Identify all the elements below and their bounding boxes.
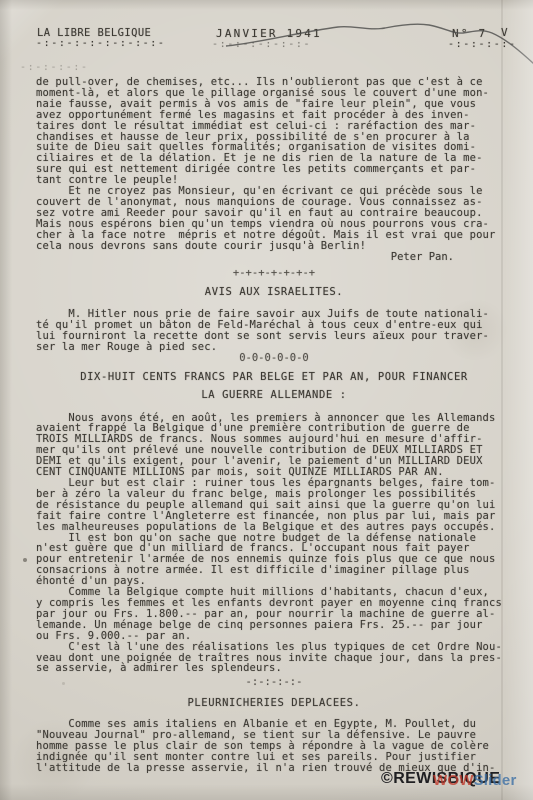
article-avis-body: M. Hitler nous prie de faire savoir aux … (36, 309, 512, 353)
margin-marks: -:-:-:-:- (20, 62, 89, 73)
paper-speck (142, 334, 145, 336)
paper-speck (92, 122, 95, 125)
issue-number-rule: -:-:-:-:- (448, 39, 517, 50)
section-divider: +-+-+-+-+-+-+ (36, 268, 512, 279)
watermark-wow-red: WOW (433, 772, 474, 789)
heading-la-guerre-allemande: LA GUERRE ALLEMANDE : (36, 390, 512, 401)
scanned-page: LA LIBRE BELGIQUE -:-:-:-:-:-:-:-:- JANV… (0, 0, 533, 800)
watermark-slider-blue: Slider (474, 772, 517, 789)
signature-peter-pan: Peter Pan. (36, 252, 512, 263)
heading-avis-aux-israelites: AVIS AUX ISRAELITES. (36, 287, 512, 298)
watermark-wowslider: WOWSlider (433, 772, 516, 789)
article-pullover-body: de pull-over, de chemises, etc... Ils n'… (36, 77, 512, 252)
ink-speck (23, 558, 27, 562)
masthead-title-rule: -:-:-:-:-:-:-:-:- (36, 38, 166, 49)
paper-speck (62, 682, 65, 685)
heading-dix-huit-cents-francs: DIX-HUIT CENTS FRANCS PAR BELGE ET PAR A… (36, 372, 512, 383)
section-divider: 0-0-0-0-0-0 (36, 353, 512, 364)
heading-pleurnicheries: PLEURNICHERIES DEPLACEES. (36, 698, 512, 709)
paper-speck (422, 506, 424, 509)
article-contribution-body: Nous avons été, en août, les premiers à … (36, 413, 512, 675)
text-column: de pull-over, de chemises, etc... Ils n'… (36, 77, 512, 774)
section-divider: -:-:-:-:- (36, 677, 512, 688)
paper-speck (302, 206, 304, 208)
article-pleurnicheries-body: Comme ses amis italiens en Albanie et en… (36, 719, 512, 774)
paper-crease (501, 0, 503, 800)
issue-date-rule: -:-:-:-:-:-:- (212, 39, 311, 50)
